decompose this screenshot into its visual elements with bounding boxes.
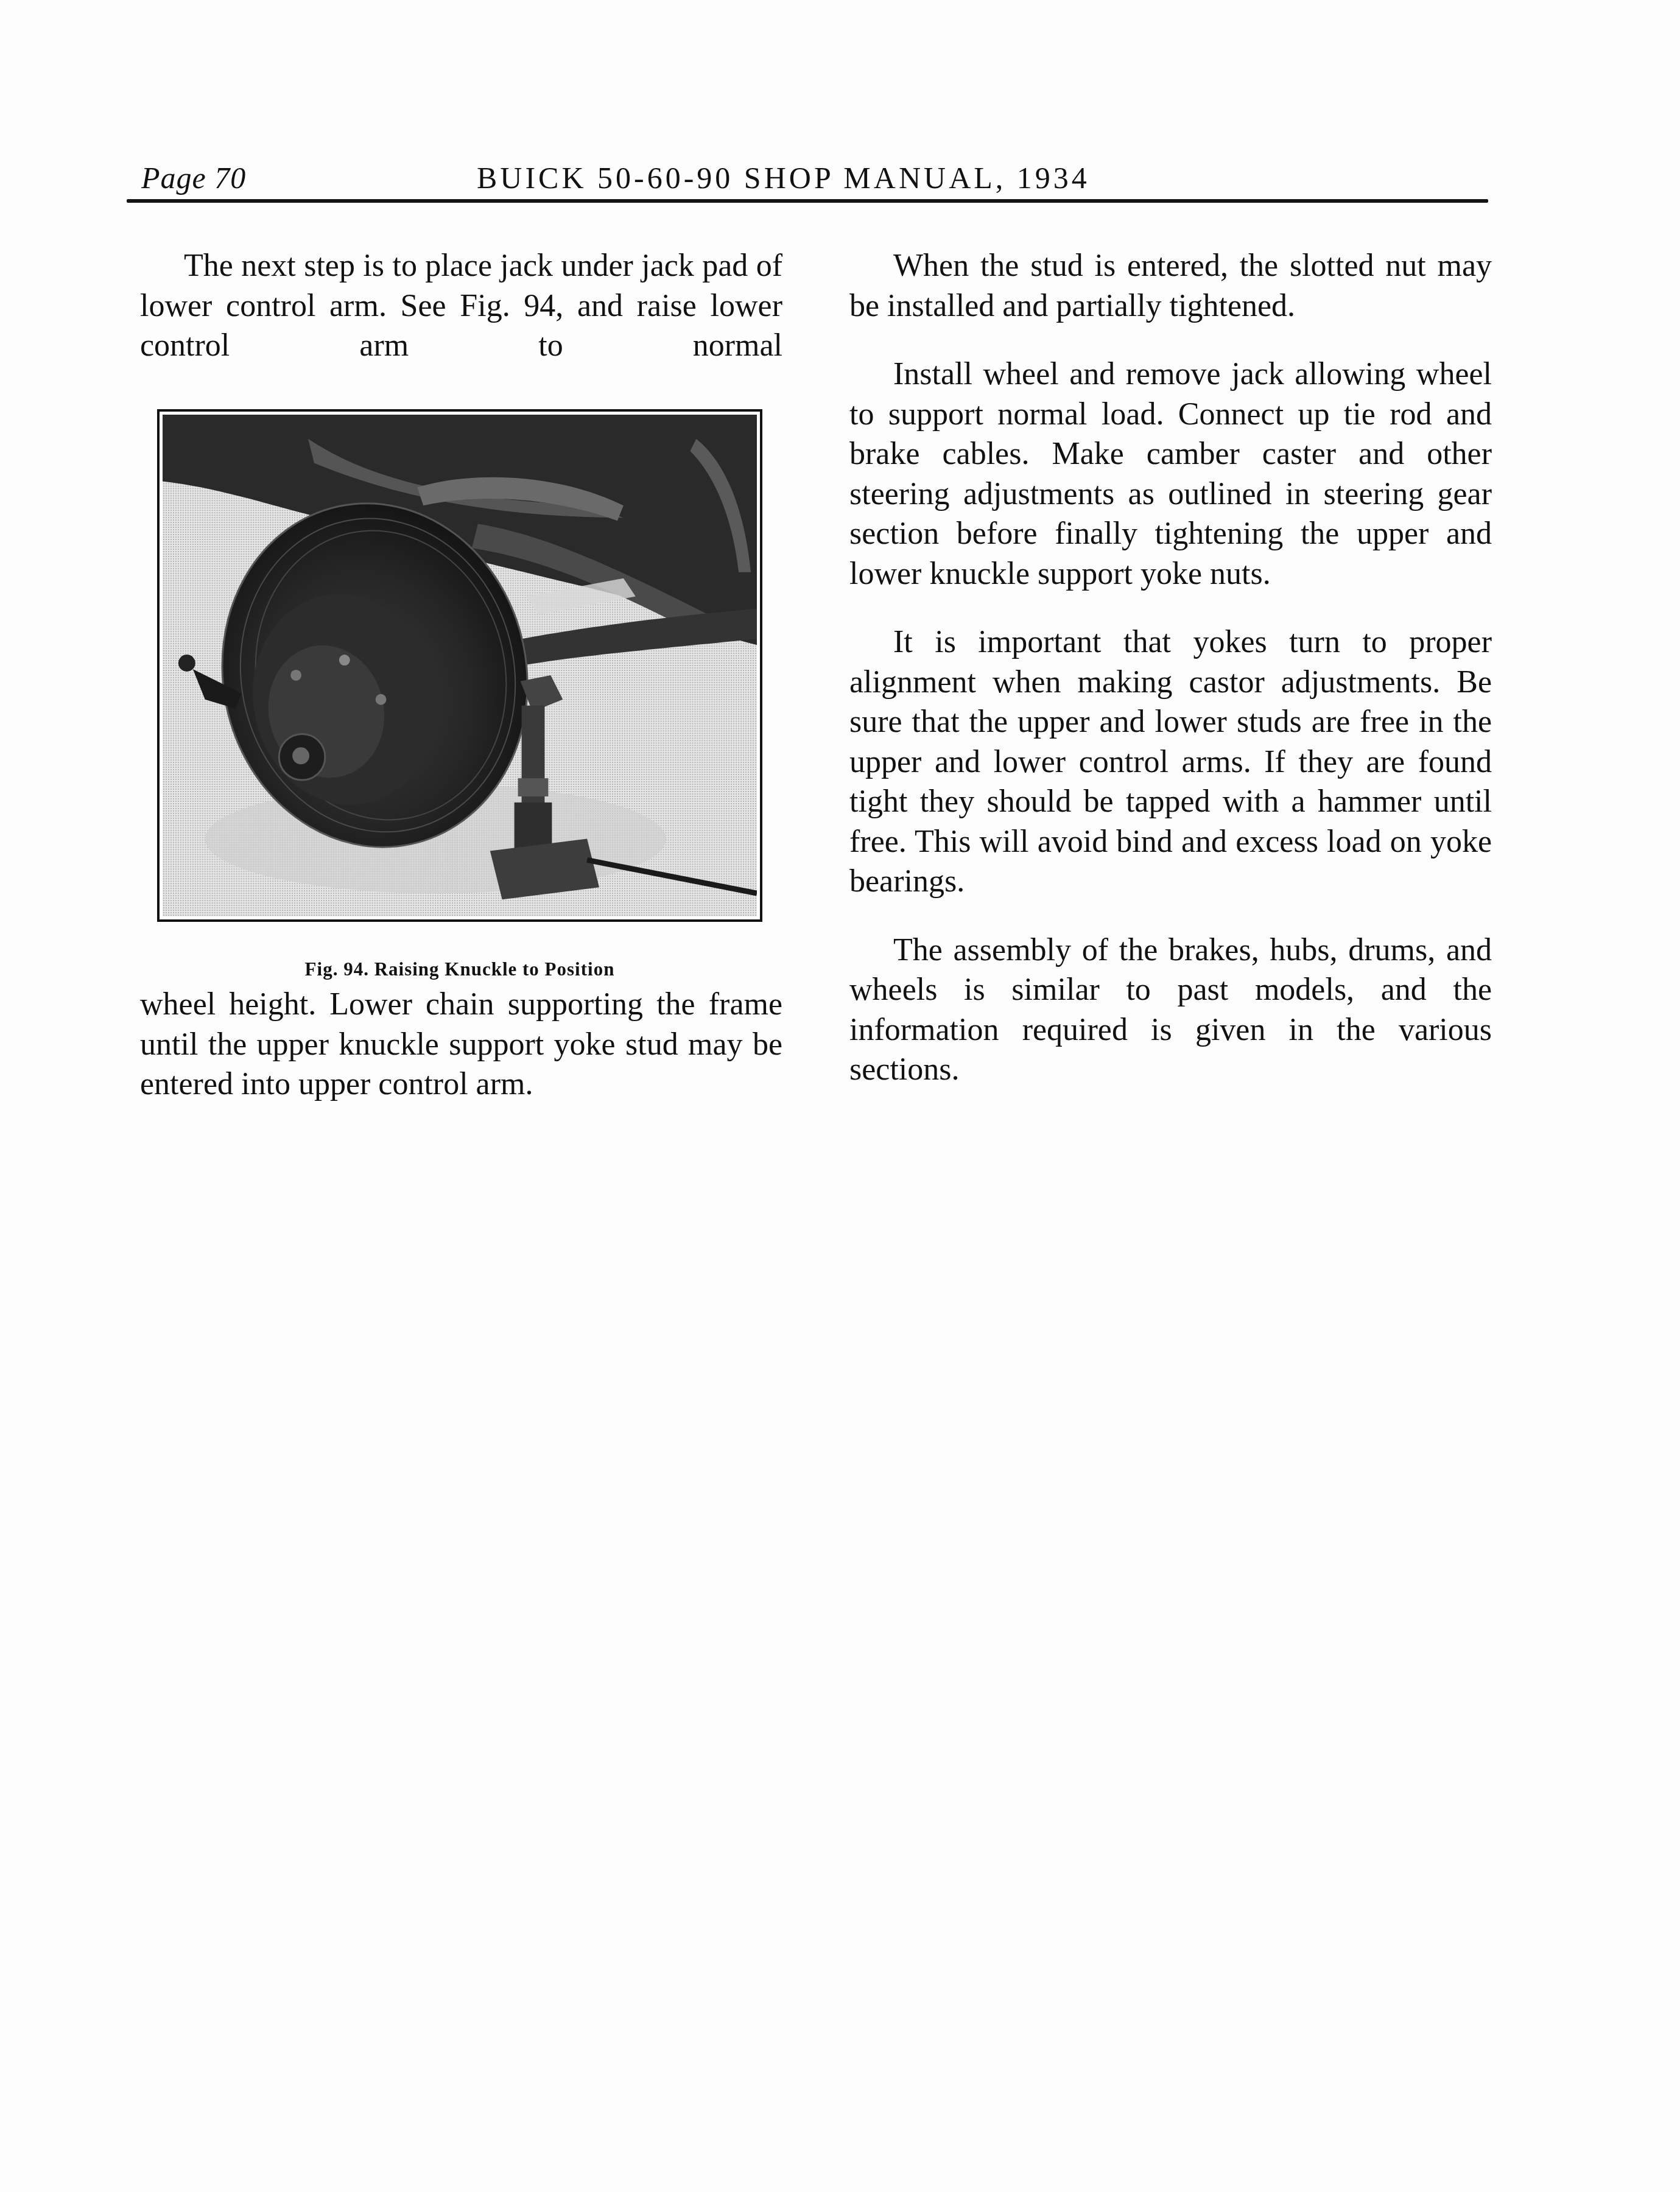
header-rule [127,199,1488,203]
paragraph: The next step is to place jack under jac… [140,246,782,366]
paragraph: Install wheel and remove jack allowing w… [849,354,1492,594]
page-header: Page 70 BUICK 50-60-90 SHOP MANUAL, 1934 [139,160,1489,202]
paragraph: wheel height. Lower chain supporting the… [140,985,782,1105]
running-title: BUICK 50-60-90 SHOP MANUAL, 1934 [477,160,1090,196]
figure-photo [157,409,762,922]
left-column-top: The next step is to place jack under jac… [140,246,782,366]
left-column-bottom: wheel height. Lower chain supporting the… [140,985,782,1105]
brake-drum-jack-photo-icon [163,415,757,916]
paragraph: When the stud is entered, the slotted nu… [849,246,1492,326]
right-column: When the stud is entered, the slotted nu… [849,246,1492,1090]
page-number: Page 70 [141,160,246,196]
paragraph: It is important that yokes turn to prope… [849,622,1492,902]
figure-caption: Fig. 94. Raising Knuckle to Position [157,957,762,982]
paragraph: The assembly of the brakes, hubs, drums,… [849,930,1492,1090]
